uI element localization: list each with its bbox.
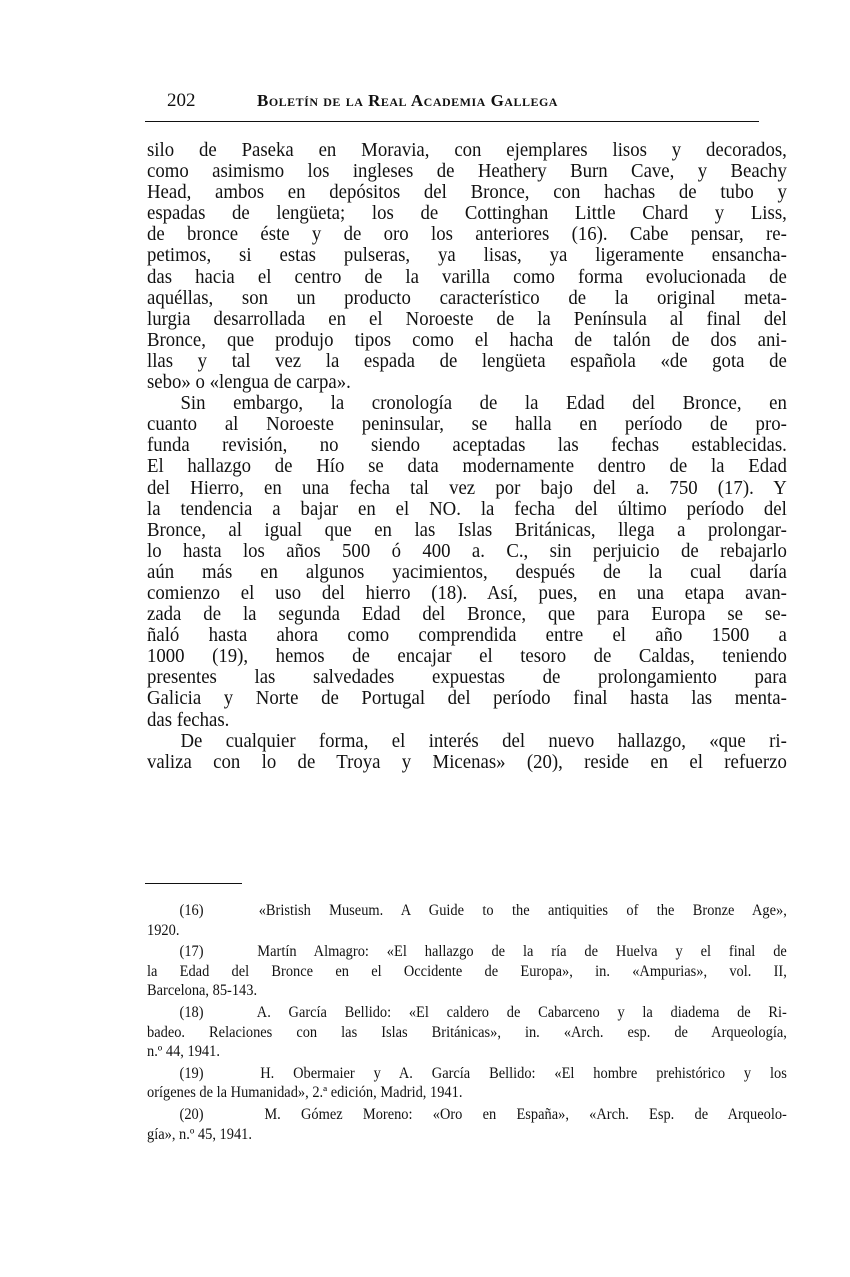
footnote-number: (17) bbox=[180, 943, 204, 960]
body-line: Bronce, que produjo tipos como el hacha … bbox=[147, 330, 787, 351]
paragraph-start: De cualquier forma, el interés del nuevo… bbox=[147, 731, 787, 752]
body-line: lo hasta los años 500 ó 400 a. C., sin p… bbox=[147, 541, 787, 562]
body-line: petimos, si estas pulseras, ya lisas, ya… bbox=[147, 245, 787, 266]
footnote-16: (16) «Bristish Museum. A Guide to the an… bbox=[147, 901, 787, 940]
body-line: Galicia y Norte de Portugal del período … bbox=[147, 688, 787, 709]
body-line: llas y tal vez la espada de lengüeta esp… bbox=[147, 351, 787, 372]
body-line: sebo» o «lengua de carpa». bbox=[147, 372, 787, 393]
footnote-18: (18) A. García Bellido: «El caldero de C… bbox=[147, 1003, 787, 1062]
footnote-text: A. García Bellido: «El caldero de Cabarc… bbox=[257, 1004, 787, 1021]
paragraph-start: Sin embargo, la cronología de la Edad de… bbox=[147, 393, 787, 414]
footnote-line: (17) Martín Almagro: «El hallazgo de la … bbox=[147, 942, 787, 962]
footnote-text: Martín Almagro: «El hallazgo de la ría d… bbox=[257, 943, 787, 960]
body-line: espadas de lengüeta; los de Cottinghan L… bbox=[147, 203, 787, 224]
footnote-number: (19) bbox=[180, 1065, 204, 1082]
footnote-line: (16) «Bristish Museum. A Guide to the an… bbox=[147, 901, 787, 921]
body-line: Head, ambos en depósitos del Bronce, con… bbox=[147, 182, 787, 203]
footnote-17: (17) Martín Almagro: «El hallazgo de la … bbox=[147, 942, 787, 1001]
footnote-number: (16) bbox=[180, 902, 204, 919]
body-line: Bronce, al igual que en las Islas Britán… bbox=[147, 520, 787, 541]
running-head: 202 Boletín de la Real Academia Gallega bbox=[147, 90, 759, 116]
footnote-line: 1920. bbox=[147, 921, 787, 941]
footnote-line: (20) M. Gómez Moreno: «Oro en España», «… bbox=[147, 1105, 787, 1125]
body-line: 1000 (19), hemos de encajar el tesoro de… bbox=[147, 646, 787, 667]
body-line: aquéllas, son un producto característico… bbox=[147, 288, 787, 309]
body-line: lurgia desarrollada en el Noroeste de la… bbox=[147, 309, 787, 330]
body-line: del Hierro, en una fecha tal vez por baj… bbox=[147, 478, 787, 499]
body-line: funda revisión, no siendo aceptadas las … bbox=[147, 435, 787, 456]
body-line: das hacia el centro de la varilla como f… bbox=[147, 267, 787, 288]
footnote-line: badeo. Relaciones con las Islas Británic… bbox=[147, 1023, 787, 1043]
footnote-text: M. Gómez Moreno: «Oro en España», «Arch.… bbox=[264, 1106, 787, 1123]
body-line: zada de la segunda Edad del Bronce, que … bbox=[147, 604, 787, 625]
page-number: 202 bbox=[167, 90, 196, 112]
header-rule bbox=[145, 121, 759, 122]
body-line: valiza con lo de Troya y Micenas» (20), … bbox=[147, 752, 787, 773]
footnote-line: la Edad del Bronce en el Occidente de Eu… bbox=[147, 962, 787, 982]
footnote-19: (19) H. Obermaier y A. García Bellido: «… bbox=[147, 1064, 787, 1103]
footnote-line: orígenes de la Humanidad», 2.ª edición, … bbox=[147, 1083, 787, 1103]
footnote-rule bbox=[145, 883, 242, 884]
journal-title: Boletín de la Real Academia Gallega bbox=[257, 91, 558, 111]
footnote-line: Barcelona, 85-143. bbox=[147, 981, 787, 1001]
footnote-text: «Bristish Museum. A Guide to the antiqui… bbox=[259, 902, 787, 919]
footnote-line: (19) H. Obermaier y A. García Bellido: «… bbox=[147, 1064, 787, 1084]
body-line: como asimismo los ingleses de Heathery B… bbox=[147, 161, 787, 182]
footnotes: (16) «Bristish Museum. A Guide to the an… bbox=[147, 901, 787, 1146]
document-page: 202 Boletín de la Real Academia Gallega … bbox=[0, 0, 850, 1277]
body-line: la tendencia a bajar en el NO. la fecha … bbox=[147, 499, 787, 520]
footnote-text: H. Obermaier y A. García Bellido: «El ho… bbox=[260, 1065, 787, 1082]
footnote-line: n.º 44, 1941. bbox=[147, 1042, 787, 1062]
body-line: silo de Paseka en Moravia, con ejemplare… bbox=[147, 140, 787, 161]
body-text: silo de Paseka en Moravia, con ejemplare… bbox=[147, 140, 787, 773]
footnote-number: (18) bbox=[180, 1004, 204, 1021]
footnote-line: gía», n.º 45, 1941. bbox=[147, 1125, 787, 1145]
body-line: das fechas. bbox=[147, 710, 787, 731]
body-line: presentes las salvedades expuestas de pr… bbox=[147, 667, 787, 688]
body-line: El hallazgo de Hío se data modernamente … bbox=[147, 456, 787, 477]
footnote-line: (18) A. García Bellido: «El caldero de C… bbox=[147, 1003, 787, 1023]
body-line: aún más en algunos yacimientos, después … bbox=[147, 562, 787, 583]
body-line: de bronce éste y de oro los anteriores (… bbox=[147, 224, 787, 245]
body-line: comienzo el uso del hierro (18). Así, pu… bbox=[147, 583, 787, 604]
footnote-20: (20) M. Gómez Moreno: «Oro en España», «… bbox=[147, 1105, 787, 1144]
body-line: ñaló hasta ahora como comprendida entre … bbox=[147, 625, 787, 646]
footnote-number: (20) bbox=[180, 1106, 204, 1123]
body-line: cuanto al Noroeste peninsular, se halla … bbox=[147, 414, 787, 435]
